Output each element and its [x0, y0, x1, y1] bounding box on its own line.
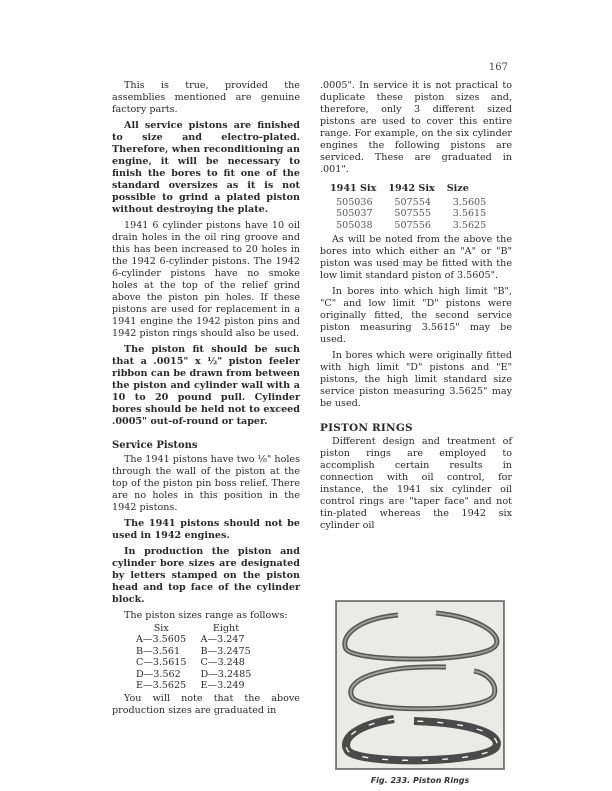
table-row: C—3.5615 C—3.248 [136, 657, 265, 668]
paragraph: In bores into which high limit "B", "C" … [320, 286, 512, 346]
paragraph: .0005". In service it is not practical t… [320, 80, 512, 176]
paragraph: In bores which were originally fitted wi… [320, 350, 512, 410]
page-number: 167 [468, 62, 508, 73]
cell: D—3.2485 [201, 669, 266, 680]
piston-rings-figure [335, 600, 505, 770]
piston-sizes-table: Six Eight A—3.5605 A—3.247 B—3.561 B—3.2… [136, 623, 265, 691]
column-header-1942-six: 1942 Six [388, 183, 446, 197]
cell: B—3.2475 [201, 646, 266, 657]
right-column: .0005". In service it is not practical t… [320, 80, 512, 536]
table-row: A—3.5605 A—3.247 [136, 634, 265, 645]
cell: E—3.249 [201, 680, 266, 691]
table-row: 505036 507554 3.5605 [330, 197, 498, 208]
cell: 505038 [330, 220, 388, 231]
paragraph: The piston sizes range as follows: [112, 610, 300, 622]
paragraph: This is true, provided the assemblies me… [112, 80, 300, 116]
paragraph: The piston fit should be such that a .00… [112, 344, 300, 428]
column-header-size: Size [447, 183, 499, 197]
column-header-six: Six [136, 623, 201, 634]
table-row: D—3.562 D—3.2485 [136, 669, 265, 680]
paragraph: As will be noted from the above the bore… [320, 234, 512, 282]
cell: 505037 [330, 208, 388, 219]
cell: 3.5615 [447, 208, 499, 219]
service-pistons-table: 1941 Six 1942 Six Size 505036 507554 3.5… [330, 183, 498, 231]
cell: D—3.562 [136, 669, 201, 680]
cell: 507554 [388, 197, 446, 208]
section-heading-service-pistons: Service Pistons [112, 440, 300, 452]
paragraph: In production the piston and cylinder bo… [112, 546, 300, 606]
paragraph: The 1941 pistons should not be used in 1… [112, 518, 300, 542]
table-row: 505037 507555 3.5615 [330, 208, 498, 219]
left-column: This is true, provided the assemblies me… [112, 80, 300, 721]
cell: 507555 [388, 208, 446, 219]
cell: A—3.247 [201, 634, 266, 645]
column-header-eight: Eight [201, 623, 266, 634]
paragraph: All service pistons are finished to size… [112, 120, 300, 216]
paragraph: You will note that the above production … [112, 693, 300, 717]
cell: 3.5625 [447, 220, 499, 231]
table-row: E—3.5625 E—3.249 [136, 680, 265, 691]
cell: C—3.248 [201, 657, 266, 668]
cell: B—3.561 [136, 646, 201, 657]
section-heading-piston-rings: PISTON RINGS [320, 422, 512, 434]
paragraph: 1941 6 cylinder pistons have 10 oil drai… [112, 220, 300, 340]
cell: E—3.5625 [136, 680, 201, 691]
column-header-1941-six: 1941 Six [330, 183, 388, 197]
cell: C—3.5615 [136, 657, 201, 668]
table-row: B—3.561 B—3.2475 [136, 646, 265, 657]
cell: A—3.5605 [136, 634, 201, 645]
cell: 505036 [330, 197, 388, 208]
cell: 507556 [388, 220, 446, 231]
paragraph: Different design and treatment of piston… [320, 436, 512, 532]
figure-caption: Fig. 233. Piston Rings [335, 776, 505, 785]
paragraph: The 1941 pistons have two ⅛" holes throu… [112, 454, 300, 514]
table-row: 505038 507556 3.5625 [330, 220, 498, 231]
cell: 3.5605 [447, 197, 499, 208]
piston-rings-illustration [336, 601, 504, 769]
